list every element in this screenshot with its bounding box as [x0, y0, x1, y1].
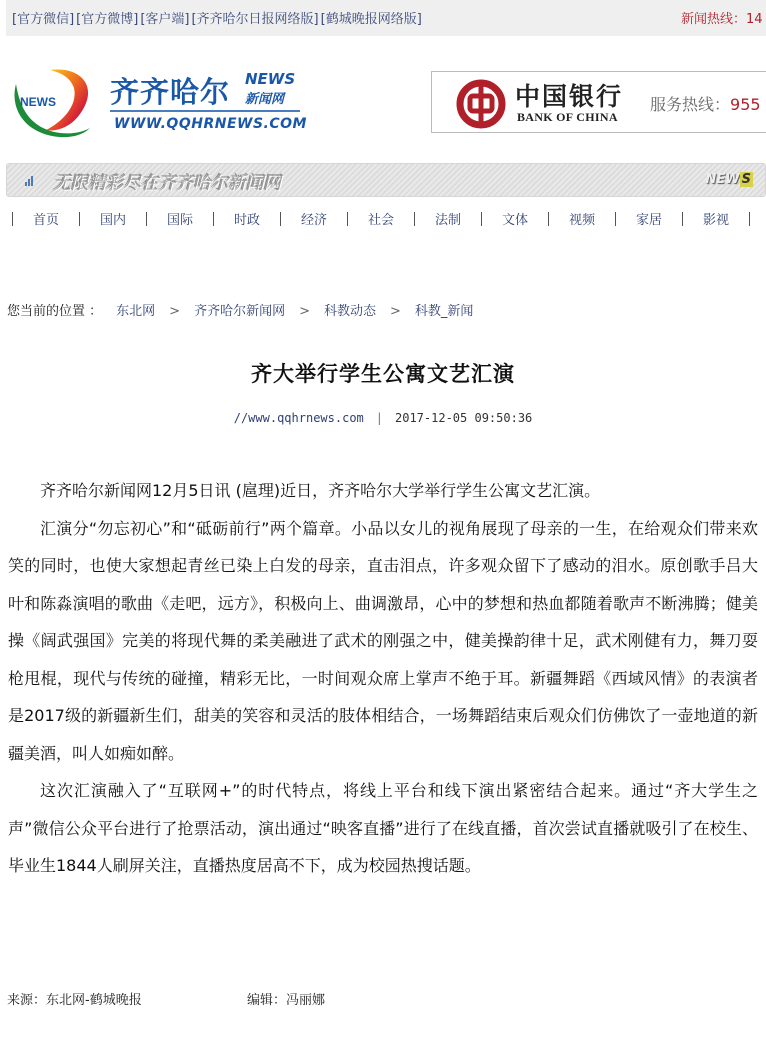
link-client[interactable]: [客户端]: [140, 12, 189, 27]
breadcrumb-education-updates[interactable]: 科教动态: [324, 304, 376, 319]
main-nav: 首页国内国际时政经济社会法制文体视频家居影视: [12, 209, 750, 229]
breadcrumb-separator: >: [169, 304, 180, 319]
breadcrumb-qqhr-news[interactable]: 齐齐哈尔新闻网: [194, 304, 285, 319]
svg-text:NEWS: NEWS: [20, 95, 56, 109]
article-paragraph: 这次汇演融入了“互联网+”的时代特点，将线上平台和线下演出紧密结合起来。通过“齐…: [8, 772, 758, 885]
bank-name-en: BANK OF CHINA: [517, 110, 618, 125]
link-official-wechat[interactable]: [官方微信]: [12, 12, 74, 27]
nav-item-home-living[interactable]: 家居: [616, 209, 682, 228]
nav-item-society[interactable]: 社会: [348, 209, 414, 228]
nav-item-law[interactable]: 法制: [415, 209, 481, 228]
top-bar: [官方微信][官方微博][客户端][齐齐哈尔日报网络版][鹤城晚报网络版] 新闻…: [6, 0, 766, 36]
link-qqhr-daily[interactable]: [齐齐哈尔日报网络版]: [191, 12, 318, 27]
article-source: 来源：东北网-鹤城晚报: [7, 993, 142, 1008]
article-editor: 编辑：冯丽娜: [247, 989, 325, 1008]
nav-item-film[interactable]: 影视: [683, 209, 749, 228]
logo-news-text: NEWS: [245, 72, 295, 87]
nav-item-international[interactable]: 国际: [147, 209, 213, 228]
top-links: [官方微信][官方微博][客户端][齐齐哈尔日报网络版][鹤城晚报网络版]: [12, 8, 424, 27]
article-datetime: 2017-12-05 09:50:36: [395, 411, 532, 425]
nav-item-politics[interactable]: 时政: [214, 209, 280, 228]
logo-title: 齐齐哈尔: [110, 70, 230, 111]
article-title: 齐大举行学生公寓文艺汇演: [0, 358, 766, 388]
nav-item-culture-sports[interactable]: 文体: [482, 209, 548, 228]
article-meta: //www.qqhrnews.com|2017-12-05 09:50:36: [0, 411, 766, 425]
bank-of-china-logo-icon: [456, 79, 506, 129]
article-source-url[interactable]: //www.qqhrnews.com: [234, 411, 364, 425]
news-logo-icon: NEWS: [10, 66, 96, 142]
bank-of-china-ad[interactable]: 中国银行 BANK OF CHINA 服务热线：955: [431, 71, 766, 133]
site-logo[interactable]: NEWS 齐齐哈尔 NEWS 新闻网 WWW.QQHRNEWS.COM: [10, 62, 300, 144]
breadcrumb-northeast-net[interactable]: 东北网: [116, 304, 155, 319]
nav-divider: [749, 212, 750, 226]
breadcrumb-label: 您当前的位置 ：: [7, 304, 102, 319]
nav-item-domestic[interactable]: 国内: [80, 209, 146, 228]
service-number: 955: [730, 95, 761, 114]
news-badge: NEWS: [706, 172, 753, 187]
breadcrumb-separator: >: [299, 304, 310, 319]
article-body: 齐齐哈尔新闻网12月5日讯 (扈理)近日，齐齐哈尔大学举行学生公寓文艺汇演。 汇…: [8, 472, 758, 885]
breadcrumb-education-news[interactable]: 科教_新闻: [415, 304, 474, 319]
service-hotline: 服务热线：955: [650, 92, 761, 115]
breadcrumb: 您当前的位置 ：东北网>齐齐哈尔新闻网>科教动态>科教_新闻: [7, 300, 473, 319]
link-hecheng-evening[interactable]: [鹤城晚报网络版]: [321, 12, 422, 27]
news-hotline: 新闻热线：14: [681, 8, 763, 27]
bank-name-cn: 中国银行: [515, 77, 623, 113]
logo-divider: [110, 110, 300, 112]
nav-item-economy[interactable]: 经济: [281, 209, 347, 228]
link-official-weibo[interactable]: [官方微博]: [76, 12, 138, 27]
nav-item-home[interactable]: 首页: [13, 209, 79, 228]
breadcrumb-separator: >: [390, 304, 401, 319]
article-paragraph: 汇演分“勿忘初心”和“砥砺前行”两个篇章。小品以女儿的视角展现了母亲的一生，在给…: [8, 510, 758, 773]
article-footer: 来源：东北网-鹤城晚报 编辑：冯丽娜: [7, 989, 142, 1008]
nav-item-video[interactable]: 视频: [549, 209, 615, 228]
signal-bars-icon: [25, 174, 35, 186]
slogan-bar: 无限精彩尽在齐齐哈尔新闻网 NEWS: [6, 163, 766, 197]
slogan-text: 无限精彩尽在齐齐哈尔新闻网: [53, 169, 281, 195]
meta-divider: |: [376, 411, 383, 425]
article-paragraph: 齐齐哈尔新闻网12月5日讯 (扈理)近日，齐齐哈尔大学举行学生公寓文艺汇演。: [8, 472, 758, 510]
logo-subtitle: 新闻网: [245, 88, 284, 107]
logo-url: WWW.QQHRNEWS.COM: [114, 116, 307, 132]
